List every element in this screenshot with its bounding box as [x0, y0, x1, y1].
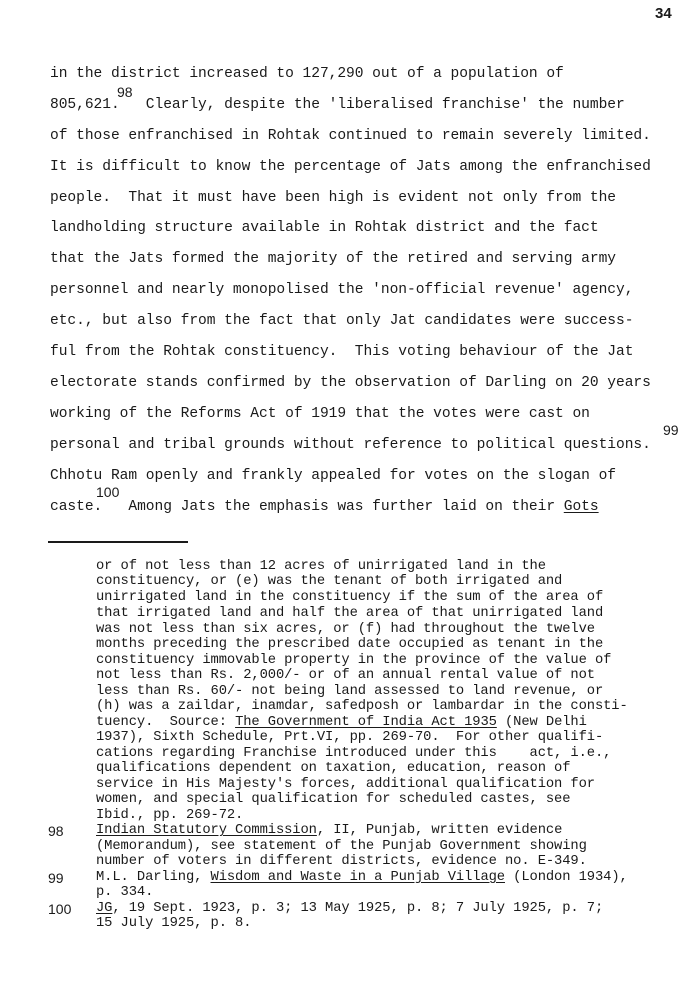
footnote-line: or of not less than 12 acres of unirriga…: [96, 559, 546, 574]
footnote-number: 100: [48, 901, 71, 917]
body-line-text: caste. Among Jats the emphasis was furth…: [50, 499, 564, 515]
body-line: It is difficult to know the percentage o…: [50, 159, 651, 175]
body-line-last: caste. Among Jats the emphasis was furth…: [50, 499, 599, 515]
body-line: etc., but also from the fact that only J…: [50, 313, 633, 329]
footnote-text: M.L. Darling,: [96, 870, 211, 885]
footnote-line: not less than Rs. 2,000/- or of an annua…: [96, 668, 595, 683]
footnote-line: unirrigated land in the constituency if …: [96, 590, 603, 605]
footnote-line: qualifications dependent on taxation, ed…: [96, 761, 570, 776]
footnote-99: M.L. Darling, Wisdom and Waste in a Punj…: [96, 870, 628, 885]
body-line: electorate stands confirmed by the obser…: [50, 375, 651, 391]
footnote-ref-99: 99: [663, 422, 679, 438]
body-line: of those enfranchised in Rohtak continue…: [50, 128, 651, 144]
footnote-source-line: tuency. Source: The Government of India …: [96, 715, 587, 730]
footnote-line: that irrigated land and half the area of…: [96, 606, 603, 621]
footnote-text: , 19 Sept. 1923, p. 3; 13 May 1925, p. 8…: [112, 901, 603, 916]
footnote-line: (h) was a zaildar, inamdar, safedposh or…: [96, 699, 628, 714]
body-line: in the district increased to 127,290 out…: [50, 66, 564, 82]
body-line: personal and tribal grounds without refe…: [50, 437, 651, 453]
body-line: working of the Reforms Act of 1919 that …: [50, 406, 590, 422]
body-line: personnel and nearly monopolised the 'no…: [50, 282, 633, 298]
footnote-line: number of voters in different districts,…: [96, 854, 587, 869]
footnote-line: months preceding the prescribed date occ…: [96, 637, 603, 652]
cited-title: Wisdom and Waste in a Punjab Village: [211, 870, 505, 885]
footnote-line: (Memorandum), see statement of the Punja…: [96, 839, 587, 854]
footnote-line: less than Rs. 60/- not being land assess…: [96, 684, 603, 699]
gots-term: Gots: [564, 499, 599, 515]
page-number: 34: [655, 5, 672, 22]
footnote-line: cations regarding Franchise introduced u…: [96, 746, 611, 761]
footnote-line: 15 July 1925, p. 8.: [96, 916, 251, 931]
footnote-ref-100: 100: [96, 484, 119, 500]
footnote-line: constituency, or (e) was the tenant of b…: [96, 574, 562, 589]
cited-title: The Government of India Act 1935: [235, 715, 497, 730]
footnote-line: was not less than six acres, or (f) had …: [96, 622, 595, 637]
footnote-line: p. 334.: [96, 885, 153, 900]
footnote-98: Indian Statutory Commission, II, Punjab,…: [96, 823, 562, 838]
footnote-line: constituency immovable property in the p…: [96, 653, 611, 668]
footnote-line: service in His Majesty's forces, additio…: [96, 777, 595, 792]
footnote-text: (London 1934),: [505, 870, 628, 885]
body-line: Chhotu Ram openly and frankly appealed f…: [50, 468, 616, 484]
body-line: landholding structure available in Rohta…: [50, 220, 599, 236]
footnote-number: 98: [48, 823, 64, 839]
footnote-text: tuency. Source:: [96, 715, 235, 730]
body-line: 805,621. Clearly, despite the 'liberalis…: [50, 97, 625, 113]
footnote-100: JG, 19 Sept. 1923, p. 3; 13 May 1925, p.…: [96, 901, 603, 916]
body-line: that the Jats formed the majority of the…: [50, 251, 616, 267]
footnote-line: Ibid., pp. 269-72.: [96, 808, 243, 823]
cited-title: Indian Statutory Commission: [96, 823, 317, 838]
footnote-line: 1937), Sixth Schedule, Prt.VI, pp. 269-7…: [96, 730, 603, 745]
body-line: ful from the Rohtak constituency. This v…: [50, 344, 633, 360]
body-line: people. That it must have been high is e…: [50, 190, 616, 206]
footnote-text: (New Delhi: [497, 715, 587, 730]
cited-title: JG: [96, 901, 112, 916]
footnote-number: 99: [48, 870, 64, 886]
footnote-text: , II, Punjab, written evidence: [317, 823, 562, 838]
footnote-separator: [48, 541, 188, 543]
footnote-line: women, and special qualification for sch…: [96, 792, 570, 807]
